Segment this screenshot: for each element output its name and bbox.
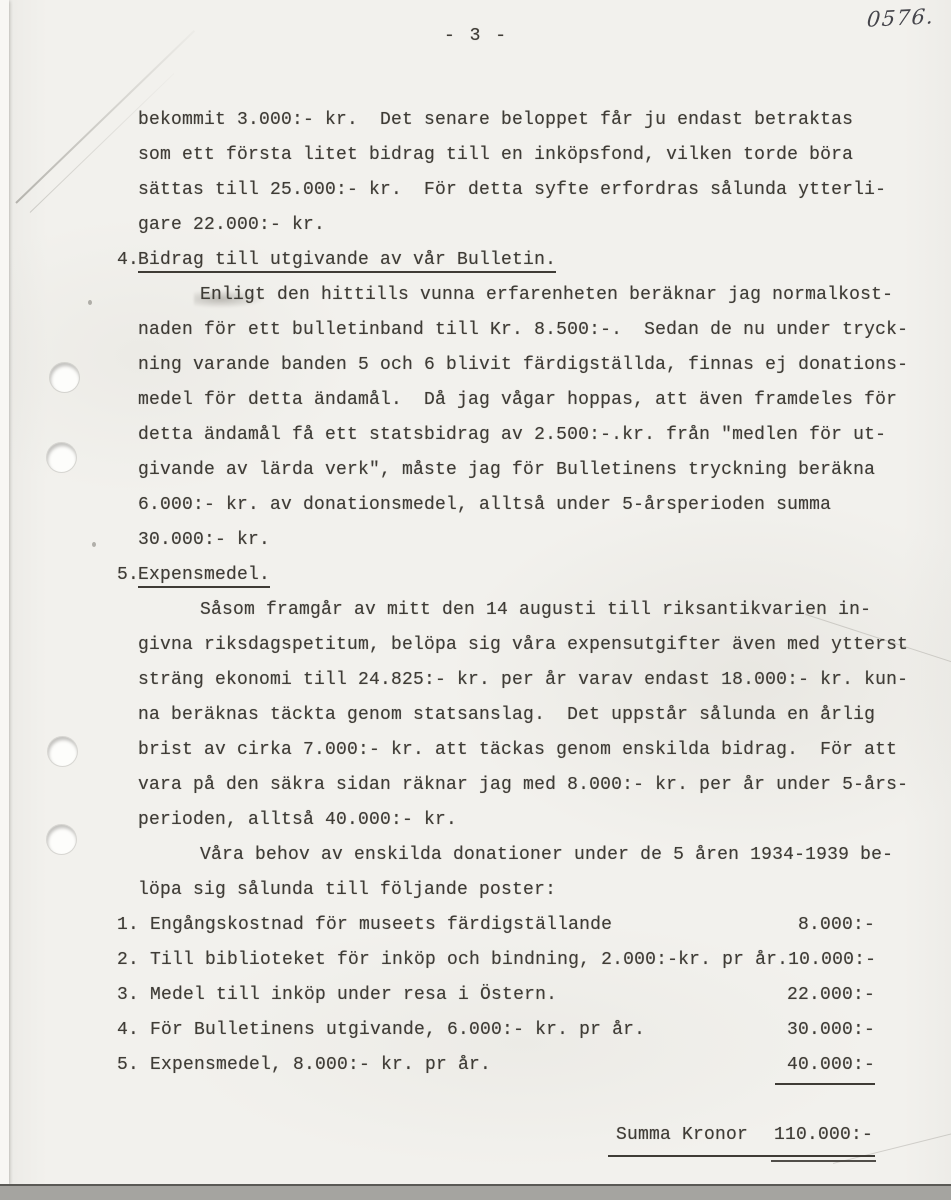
text-line: som ett första litet bidrag till en inkö… [138, 138, 875, 173]
page-number: - 3 - [26, 26, 926, 46]
cost-item-row: 1. Engångskostnad för museets färdigstäl… [117, 908, 875, 943]
section-heading-line: 4.Bidrag till utgivande av vår Bulletin. [138, 243, 875, 278]
bottom-scan-edge [0, 1184, 951, 1200]
section-number: 5. [117, 558, 139, 593]
paper-speck [88, 300, 92, 305]
cost-item-label: 4. För Bulletinens utgivande, 6.000:- kr… [138, 1013, 645, 1048]
text-line: 30.000:- kr. [138, 523, 875, 558]
punch-hole-3 [48, 737, 77, 766]
text-line: givande av lärda verk", måste jag för Bu… [138, 453, 875, 488]
text-line: 6.000:- kr. av donationsmedel, alltså un… [138, 488, 875, 523]
section-number: 4. [117, 243, 139, 278]
text-line: ning varande banden 5 och 6 blivit färdi… [138, 348, 875, 383]
text-line: naden för ett bulletinband till Kr. 8.50… [138, 313, 875, 348]
text-line: medel för detta ändamål. Då jag vågar ho… [138, 383, 875, 418]
text-line: na beräknas täckta genom statsanslag. De… [138, 698, 875, 733]
total-row: Summa Kronor 110.000:- [608, 1118, 875, 1157]
total-amount: 110.000:- [774, 1118, 873, 1153]
cost-item-label: 2. Till biblioteket för inköp och bindni… [138, 943, 788, 978]
section-heading: Expensmedel. [138, 565, 270, 588]
cost-item-amount: 40.000:- [775, 1048, 875, 1085]
text-line: detta ändamål få ett statsbidrag av 2.50… [138, 418, 875, 453]
section-heading: Bidrag till utgivande av vår Bulletin. [138, 250, 556, 273]
paper-sheet: 0576. - 3 - bekommit 3.000:- kr. Det sen… [0, 0, 951, 1186]
cost-item-amount: 30.000:- [787, 1013, 875, 1048]
total-line: Summa Kronor 110.000:- [138, 1083, 875, 1118]
cost-item-label: 5. Expensmedel, 8.000:- kr. pr år. [138, 1048, 491, 1083]
punch-hole-4 [47, 825, 76, 854]
punch-hole-1 [50, 363, 79, 392]
ink-blot [194, 290, 264, 308]
text-line: Våra behov av enskilda donationer under … [138, 838, 875, 873]
text-line: gare 22.000:- kr. [138, 208, 875, 243]
cost-item-amount: 8.000:- [798, 908, 875, 943]
cost-item-label: 3. Medel till inköp under resa i Östern. [138, 978, 557, 1013]
cost-item-amount: 10.000:- [788, 943, 876, 978]
cost-item-label: 1. Engångskostnad för museets färdigstäl… [138, 908, 612, 943]
cost-item-row: 5. Expensmedel, 8.000:- kr. pr år.40.000… [117, 1048, 875, 1083]
text-line: löpa sig sålunda till följande poster: [138, 873, 875, 908]
text-line: vara på den säkra sidan räknar jag med 8… [138, 768, 875, 803]
punch-hole-2 [47, 443, 76, 472]
text-line: brist av cirka 7.000:- kr. att täckas ge… [138, 733, 875, 768]
paper-speck [92, 542, 96, 547]
cost-item-amount: 22.000:- [787, 978, 875, 1013]
text-line: sättas till 25.000:- kr. För detta syfte… [138, 173, 875, 208]
section-heading-line: 5.Expensmedel. [138, 558, 875, 593]
text-line: givna riksdagspetitum, belöpa sig våra e… [138, 628, 875, 663]
text-line: Såsom framgår av mitt den 14 augusti til… [138, 593, 875, 628]
total-label: Summa Kronor [616, 1118, 748, 1153]
scan-left-edge [0, 0, 9, 1186]
text-line: bekommit 3.000:- kr. Det senare beloppet… [138, 103, 875, 138]
cost-item-row: 2. Till biblioteket för inköp och bindni… [117, 943, 875, 978]
text-line: perioden, alltså 40.000:- kr. [138, 803, 875, 838]
cost-item-row: 4. För Bulletinens utgivande, 6.000:- kr… [117, 1013, 875, 1048]
scanned-document: 0576. - 3 - bekommit 3.000:- kr. Det sen… [0, 0, 951, 1200]
text-line: sträng ekonomi till 24.825:- kr. per år … [138, 663, 875, 698]
typed-content: bekommit 3.000:- kr. Det senare beloppet… [138, 103, 875, 1118]
cost-item-row: 3. Medel till inköp under resa i Östern.… [117, 978, 875, 1013]
